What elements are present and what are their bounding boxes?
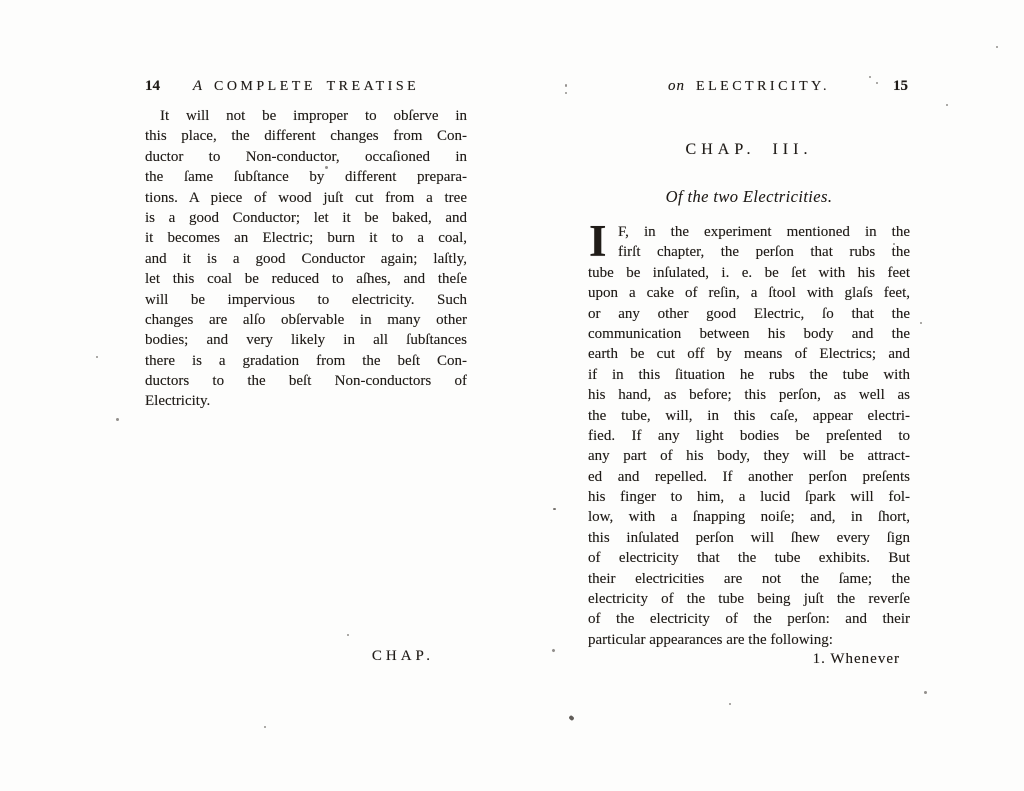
text-line: communication between his body and the: [588, 324, 910, 344]
text-line: his finger to him, a lucid ſpark will fo…: [588, 487, 910, 507]
scan-speck: [553, 508, 556, 510]
scan-speck: [920, 322, 922, 324]
running-header-caps: COMPLETE TREATISE: [214, 79, 419, 94]
text-line: their electricities are not the ſame; th…: [588, 569, 910, 589]
right-catchword: 1. Whenever: [813, 651, 900, 668]
text-line: F, in the experiment mentioned in the: [588, 222, 910, 242]
text-line: it becomes an Electric; burn it to a coa…: [145, 228, 467, 248]
chapter-subtitle: Of the two Electricities.: [588, 187, 910, 207]
text-line: this place, the different changes from C…: [145, 126, 467, 146]
text-line: this inſulated perſon will ſhew every ſi…: [588, 528, 910, 548]
text-line: and it is a good Conductor again; laſtly…: [145, 249, 467, 269]
text-line: Electricity.: [145, 391, 467, 411]
scan-speck: [96, 356, 98, 358]
text-line: if in this ſituation he rubs the tube wi…: [588, 365, 910, 385]
text-line: of electricity that the tube exhibits. B…: [588, 548, 910, 568]
text-line: his hand, as before; this perſon, as wel…: [588, 385, 910, 405]
text-line: tions. A piece of wood juſt cut from a t…: [145, 188, 467, 208]
book-scan-spread: 14 A COMPLETE TREATISE It will not be im…: [0, 0, 1024, 791]
scan-speck: [996, 46, 998, 48]
scan-speck: [565, 92, 567, 94]
text-line: any part of his body, they will be attra…: [588, 446, 910, 466]
text-line: ductors to the beſt Non-conductors of: [145, 371, 467, 391]
chapter-heading: CHAP. III.: [588, 141, 910, 159]
text-line: of the electricity of the perſon: and th…: [588, 609, 910, 629]
right-page-number: 15: [893, 78, 908, 95]
text-line: firſt chapter, the perſon that rubs the: [588, 242, 910, 262]
text-line: or any other good Electric, ſo that the: [588, 304, 910, 324]
scan-speck: [946, 104, 948, 106]
right-body-text: F, in the experiment mentioned in the fi…: [588, 222, 910, 650]
text-line: tube be inſulated, i. e. be ſet with his…: [588, 263, 910, 283]
scan-speck: [347, 634, 349, 636]
text-line: the tube, will, in this caſe, appear ele…: [588, 406, 910, 426]
scan-speck: [264, 726, 266, 728]
scan-speck: [893, 243, 895, 245]
scan-speck: [116, 418, 119, 421]
scan-speck: [729, 703, 731, 705]
left-catchword: CHAP.: [372, 648, 434, 665]
text-line: upon a cake of reſin, a ſtool with glaſs…: [588, 283, 910, 303]
text-line: electricity of the tube being juſt the r…: [588, 589, 910, 609]
text-line: low, with a ſnapping noiſe; and, in ſhor…: [588, 507, 910, 527]
scan-speck: [551, 648, 555, 652]
scan-speck: [565, 84, 567, 87]
scan-speck: [568, 715, 574, 721]
text-line: there is a gradation from the beſt Con-: [145, 351, 467, 371]
left-body-text: It will not be improper to obſerve in th…: [145, 106, 467, 412]
text-line: earth be cut off by means of Electrics; …: [588, 344, 910, 364]
right-page: on ELECTRICITY. 15 CHAP. III. Of the two…: [588, 0, 910, 791]
scan-speck: [869, 76, 871, 78]
text-line: changes are alſo obſervable in many othe…: [145, 310, 467, 330]
left-page: 14 A COMPLETE TREATISE It will not be im…: [145, 0, 467, 791]
text-line: ductor to Non-conductor, occaſioned in: [145, 147, 467, 167]
text-line: is a good Conductor; let it be baked, an…: [145, 208, 467, 228]
running-header-italic-word: A: [193, 78, 203, 94]
left-running-header: A COMPLETE TREATISE: [145, 78, 467, 95]
text-line: ed and repelled. If another perſon preſe…: [588, 467, 910, 487]
text-line: It will not be improper to obſerve in: [145, 106, 467, 126]
scan-speck: [325, 166, 328, 169]
text-line: the ſame ſubſtance by different prepara-: [145, 167, 467, 187]
scan-speck: [876, 82, 878, 84]
text-line: will be impervious to electricity. Such: [145, 290, 467, 310]
running-header-caps: ELECTRICITY.: [696, 79, 830, 94]
text-line: let this coal be reduced to aſhes, and t…: [145, 269, 467, 289]
text-line: fied. If any light bodies be preſented t…: [588, 426, 910, 446]
right-running-header: on ELECTRICITY.: [588, 78, 910, 95]
scan-speck: [924, 691, 927, 694]
text-line: bodies; and very likely in all ſubſtance…: [145, 330, 467, 350]
text-line: particular appearances are the following…: [588, 630, 910, 650]
running-header-italic-word: on: [668, 78, 685, 94]
